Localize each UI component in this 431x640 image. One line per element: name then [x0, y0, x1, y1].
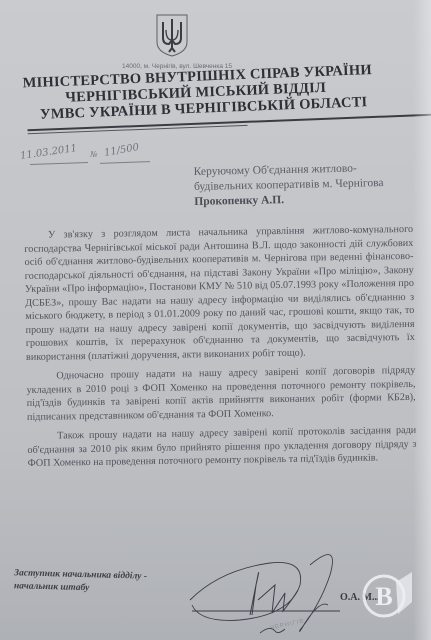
- scanned-letter-page: МІНІСТЕРСТВО ВНУТРІШНІХ СПРАВ УКРАЇНИ ЧЕ…: [0, 0, 431, 640]
- number-underline: [100, 161, 150, 164]
- signatory-title: Заступник начальника відділу - начальник…: [14, 567, 147, 596]
- registration-number: 11/500: [103, 142, 140, 159]
- trident-coat-of-arms-icon: [154, 12, 190, 58]
- body-paragraph-3: Також прошу надати на нашу адресу завіре…: [27, 424, 417, 471]
- registration-date: 11.03.2011: [20, 143, 78, 162]
- recipient-name: Прокопенку А.П.: [194, 191, 384, 210]
- letterhead-address: 14000, м. Чернігів, вул. Шевченка 15: [122, 63, 232, 70]
- watermark-letter: В: [375, 582, 392, 611]
- letter-body: У зв'язку з розглядом листа начальника у…: [24, 223, 417, 477]
- publisher-watermark-logo-icon: В: [360, 566, 416, 622]
- body-paragraph-2: Одночасно прошу надати на нашу адресу за…: [26, 364, 416, 424]
- date-underline: [30, 162, 88, 165]
- number-sign: №: [90, 150, 98, 159]
- recipient-block: Керуючому Об'єднання житлово- будівельни…: [194, 161, 384, 210]
- body-paragraph-1: У зв'язку з розглядом листа начальника у…: [24, 223, 415, 364]
